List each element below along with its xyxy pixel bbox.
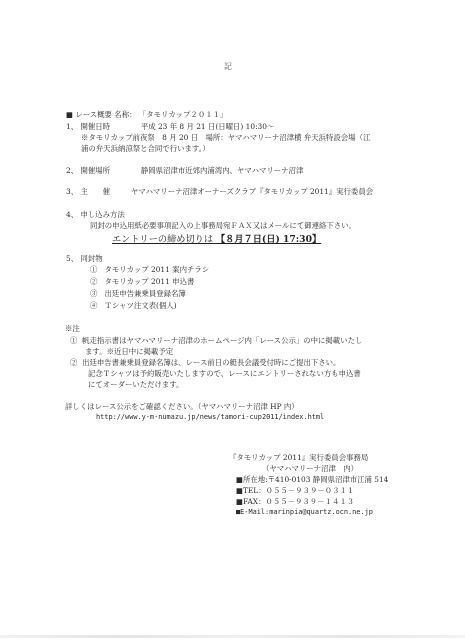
item-label: 同封物 [80,254,102,263]
note-text-continued: にてオーダーいただけます。 [88,380,184,390]
item-label: 申し込み方法 [80,210,124,219]
item-number: 4、 [66,210,78,219]
enclosure-item: ④ Ｔシャツ注文表(個人) [90,301,177,311]
enclosure-text: Ｔシャツ注文表(個人) [104,301,176,310]
race-overview-line: ■ レース概要 名称： 「タモリカップ２０１１」 [66,110,227,120]
contact-office-sub: （ヤマハマリーナ沼津 内） [262,464,358,474]
item-label: 開催場所 [80,166,138,176]
item-enclosures: 5、 同封物 [66,254,103,264]
note-item: ① 帆走指示書はヤマハマリーナ沼津のホームページ内「レース公示」の中に掲載いたし [70,336,362,346]
item-value: 平成 23 年 8 月 21 日(日曜日) 10:30～ [141,122,275,131]
eve-festival-note-line2: 浦の弁天浜納涼祭と合同で行います。） [81,144,210,154]
item-value: 静岡県沼津市近郊内浦湾内、ヤマハマリーナ沼津 [141,166,304,175]
contact-office: 『タモリカップ 2011』実行委員会事務局 [229,453,368,463]
event-name: 「タモリカップ２０１１」 [139,110,228,119]
item-number: 5、 [66,254,78,263]
square-bullet-icon: ■ [66,110,73,119]
circled-number-icon: ④ [90,301,97,310]
note-item: ② 出廷申告書兼乗員登録名簿は、レース前日の艇長会議受付時にご提出下さい。 [70,358,340,368]
item-date: 1、 開催日時 平成 23 年 8 月 21 日(日曜日) 10:30～ [66,122,274,132]
enclosure-text: タモリカップ 2011 案内チラシ [104,265,209,274]
item-label: 開催日時 [80,122,138,132]
deadline-date: 【８月７日(日) 17:30】 [216,234,321,245]
note-text: 出廷申告書兼乗員登録名簿は、レース前日の艇長会議受付時にご提出下さい。 [82,358,340,367]
item-application: 4、 申し込み方法 [66,210,125,220]
contact-tel: ■TEL：０５５－９３９－０３１１ [236,486,354,496]
enclosure-item: ① タモリカップ 2011 案内チラシ [90,265,209,275]
circled-number-icon: ② [90,277,97,286]
circled-number-icon: ① [70,336,77,345]
contact-address: ■所在地:〒410-0103 静岡県沼津市江浦 514 [236,475,388,485]
note-text-continued: ます。※近日中に掲載予定 [85,347,173,357]
item-organizer: 3、 主 催 ヤマハマリーナ沼津オーナーズクラブ『タモリカップ 2011』実行委… [66,187,373,197]
item-number: 1、 [66,122,78,131]
deadline-prefix: エントリーの締め切りは [112,234,213,245]
enclosure-text: 出廷申告兼乗員登録名簿 [104,289,185,298]
contact-email: ■E-Mail:marinpia@quartz.ocn.ne.jp [236,508,373,517]
circled-number-icon: ② [70,358,77,367]
circled-number-icon: ① [90,265,97,274]
item-venue: 2、 開催場所 静岡県沼津市近郊内浦湾内、ヤマハマリーナ沼津 [66,166,303,176]
enclosure-item: ③ 出廷申告兼乗員登録名簿 [90,289,186,299]
item-label: 主 催 [80,187,128,197]
overview-label: レース概要 [75,110,112,119]
eve-festival-note-line1: ※タモリカップ前夜祭 8 月 20 日 場所：ヤマハマリーナ沼津横 弁天浜特設会… [81,133,370,143]
enclosure-item: ② タモリカップ 2011 申込書 [90,277,194,287]
note-text: 帆走指示書はヤマハマリーナ沼津のホームページ内「レース公示」の中に掲載いたし [82,336,362,345]
details-url-link[interactable]: http://www.y-m-numazu.jp/news/tamori-cup… [96,413,324,422]
application-method: 同封の申込用紙必要事項記入の上事務局宛ＦＡＸ又はメールにて御連絡下さい。 [90,221,356,231]
item-value: ヤマハマリーナ沼津オーナーズクラブ『タモリカップ 2011』実行委員会 [131,187,373,196]
note-text-continued: 記念Ｔシャツは予約販売いたしますので、レースにエントリーされない方も申込書 [88,369,361,379]
details-text: 詳しくはレース公示をご確認ください。（ヤマハマリーナ沼津 HP 内） [65,402,299,412]
enclosure-text: タモリカップ 2011 申込書 [104,277,194,286]
entry-deadline: エントリーの締め切りは 【８月７日(日) 17:30】 [112,234,321,246]
notes-title: ※注 [65,324,80,334]
circled-number-icon: ③ [90,289,97,298]
contact-fax: ■FAX：０５５－９３９－１４１３ [236,497,354,507]
scan-edge [0,635,465,638]
document-heading: 記 [224,62,232,73]
item-number: 3、 [66,187,78,196]
item-number: 2、 [66,166,78,175]
name-label: 名称： [114,110,136,119]
